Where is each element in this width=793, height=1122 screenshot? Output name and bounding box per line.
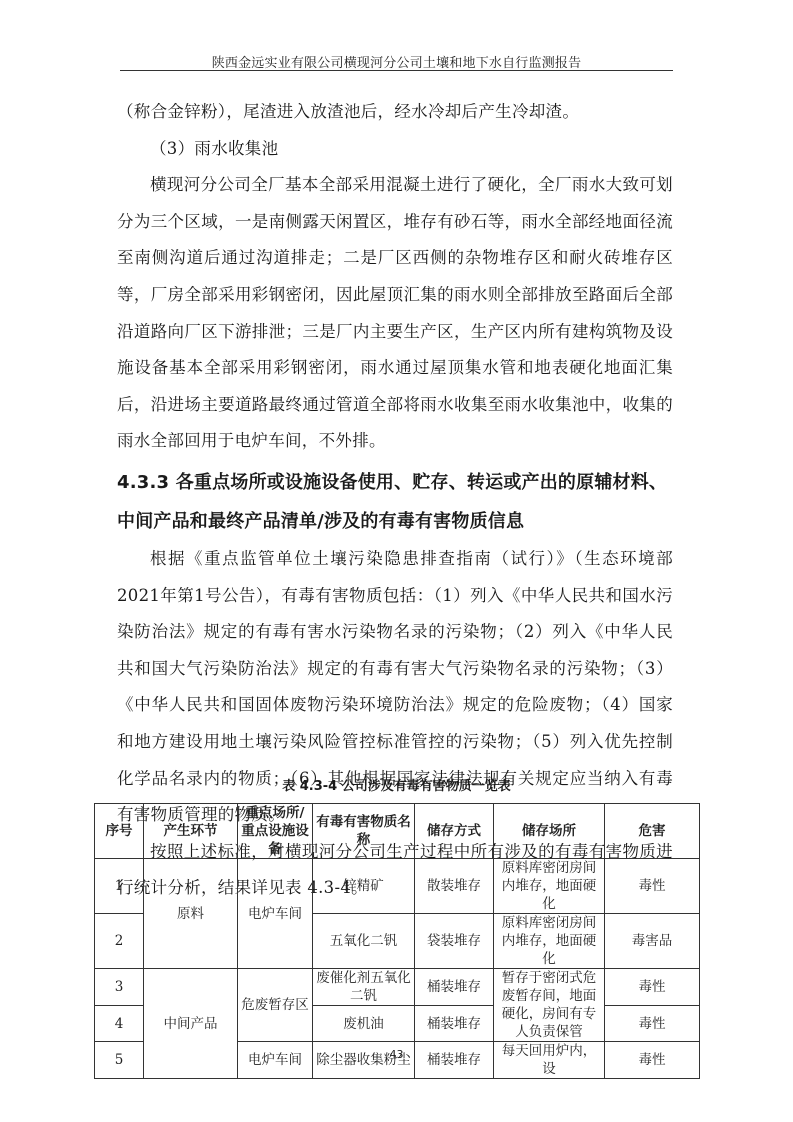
cell-storage-method: 袋装堆存 xyxy=(415,914,494,969)
page-number: 43 xyxy=(0,1048,793,1061)
cell-substance: 锌精矿 xyxy=(313,859,415,914)
cell-no: 2 xyxy=(95,914,144,969)
cell-storage-place: 暂存于密闭式危废暂存间，地面硬化，房间有专人负责保管 xyxy=(494,969,605,1042)
cell-stage: 中间产品 xyxy=(144,969,238,1079)
header-stage: 产生环节 xyxy=(144,804,238,859)
table-header-row: 序号 产生环节 重点场所/重点设施设备 有毒有害物质名称 储存方式 储存场所 危… xyxy=(95,804,700,859)
cell-storage-method: 桶装堆存 xyxy=(415,1006,494,1042)
header-facility: 重点场所/重点设施设备 xyxy=(238,804,313,859)
cell-facility: 电炉车间 xyxy=(238,859,313,969)
table-row: 1 原料 电炉车间 锌精矿 散装堆存 原料库密闭房间内堆存，地面硬化 毒性 xyxy=(95,859,700,914)
table-caption: 表 4.3-4 公司涉及有毒有害物质一览表 xyxy=(94,775,699,794)
cell-no: 1 xyxy=(95,859,144,914)
cell-facility: 危废暂存区 xyxy=(238,969,313,1042)
paragraph-continuation: （称合金锌粉），尾渣进入放渣池后，经水冷却后产生冷却渣。 xyxy=(117,94,673,131)
subheading-rain-pool: （3）雨水收集池 xyxy=(117,131,673,168)
cell-hazard: 毒性 xyxy=(605,969,700,1006)
section-heading-4-3-3: 4.3.3 各重点场所或设施设备使用、贮存、转运或产出的原辅材料、中间产品和最终… xyxy=(117,463,673,541)
cell-storage-place: 原料库密闭房间内堆存，地面硬化 xyxy=(494,914,605,969)
document-header-title: 陕西金远实业有限公司横现河分公司土壤和地下水自行监测报告 xyxy=(120,52,673,71)
paragraph-rainwater: 横现河分公司全厂基本全部采用混凝土进行了硬化，全厂雨水大致可划分为三个区域，一是… xyxy=(117,167,673,460)
header-storage-method: 储存方式 xyxy=(415,804,494,859)
cell-storage-place: 原料库密闭房间内堆存，地面硬化 xyxy=(494,859,605,914)
cell-stage: 原料 xyxy=(144,859,238,969)
header-hazard: 危害 xyxy=(605,804,700,859)
cell-substance: 五氧化二钒 xyxy=(313,914,415,969)
cell-hazard: 毒害品 xyxy=(605,914,700,969)
table-row: 3 中间产品 危废暂存区 废催化剂五氧化二钒 桶装堆存 暂存于密闭式危废暂存间，… xyxy=(95,969,700,1006)
header-divider xyxy=(120,70,673,71)
cell-substance: 废机油 xyxy=(313,1006,415,1042)
cell-storage-method: 桶装堆存 xyxy=(415,969,494,1006)
cell-hazard: 毒性 xyxy=(605,1006,700,1042)
hazardous-substances-table: 序号 产生环节 重点场所/重点设施设备 有毒有害物质名称 储存方式 储存场所 危… xyxy=(94,803,700,1079)
header-substance: 有毒有害物质名称 xyxy=(313,804,415,859)
cell-substance: 废催化剂五氧化二钒 xyxy=(313,969,415,1006)
cell-hazard: 毒性 xyxy=(605,859,700,914)
header-storage-place: 储存场所 xyxy=(494,804,605,859)
header-no: 序号 xyxy=(95,804,144,859)
cell-no: 4 xyxy=(95,1006,144,1042)
cell-storage-method: 散装堆存 xyxy=(415,859,494,914)
cell-no: 3 xyxy=(95,969,144,1006)
